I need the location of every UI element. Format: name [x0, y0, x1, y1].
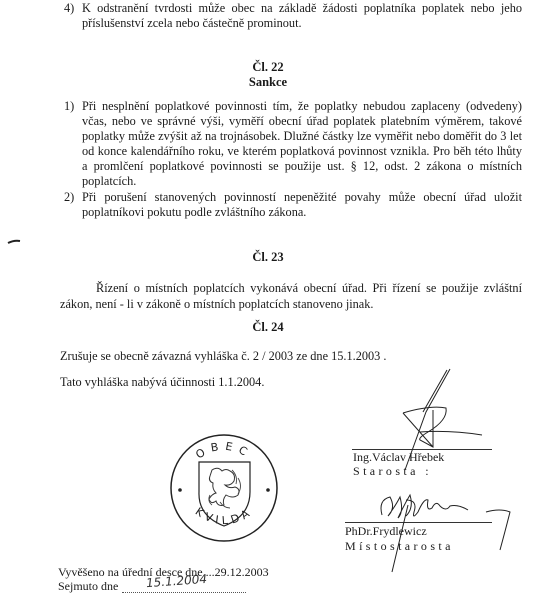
stamp-top-text: OBEC	[193, 440, 254, 462]
margin-mark	[8, 241, 20, 243]
stamp-dot-left	[178, 488, 182, 492]
deputy-signature	[381, 495, 510, 572]
municipal-stamp: OBEC KVILDA	[171, 435, 277, 541]
stamp-dot-right	[266, 488, 270, 492]
graphics-layer: OBEC KVILDA	[0, 0, 536, 608]
mayor-signature	[403, 369, 482, 470]
